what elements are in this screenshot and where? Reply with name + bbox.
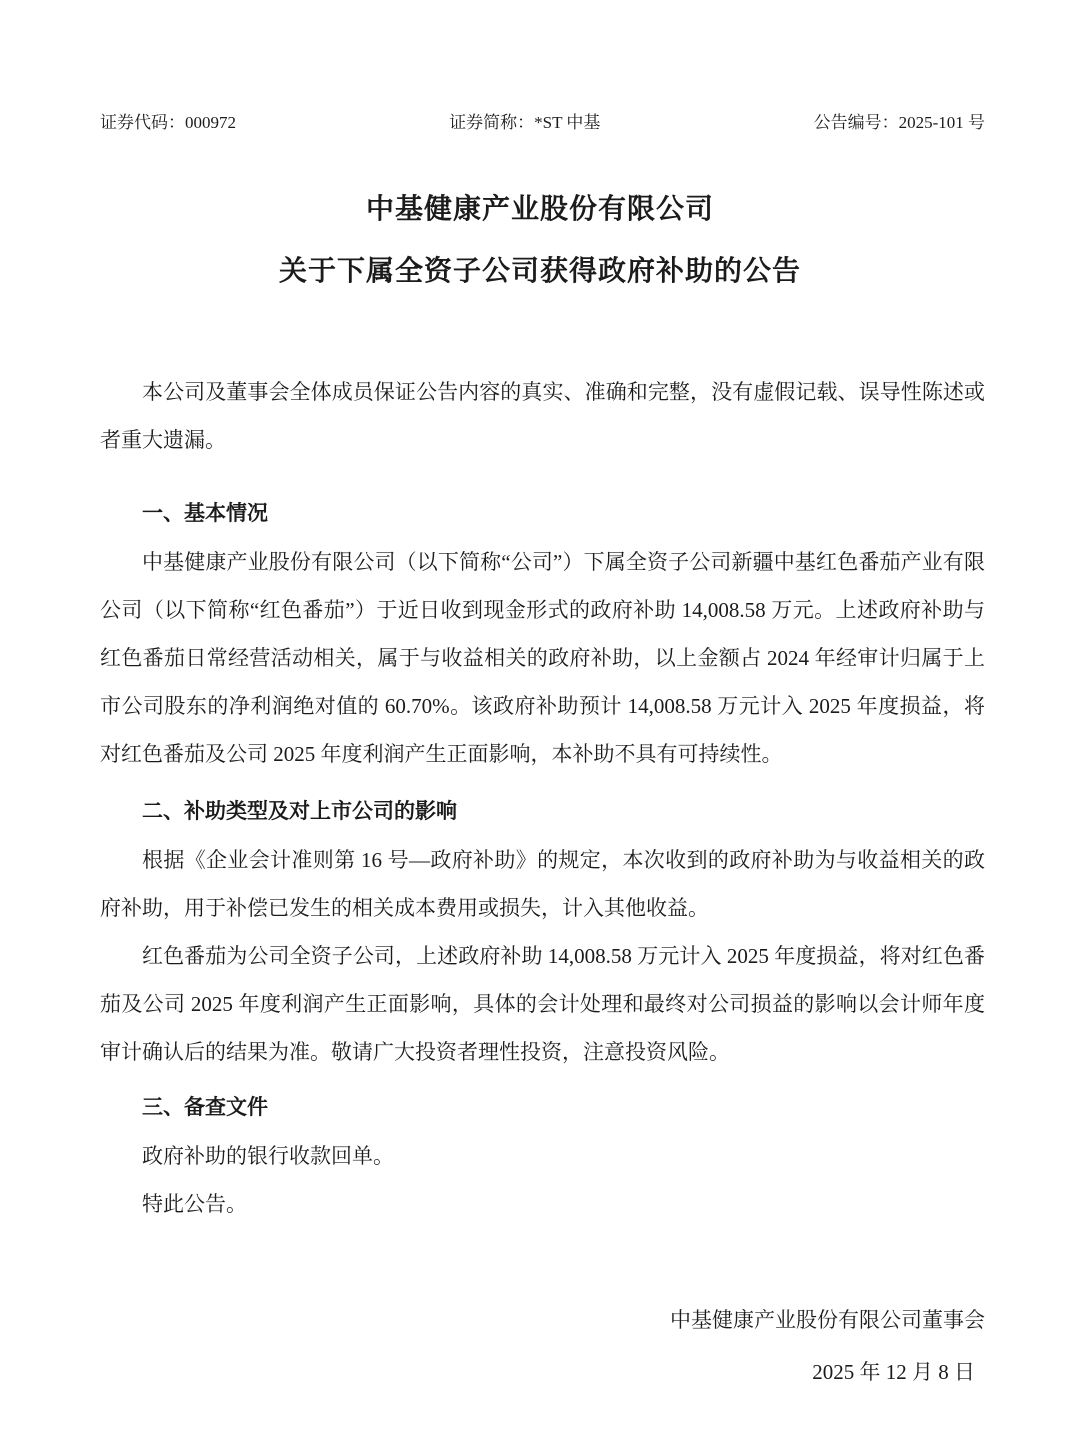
signature-company: 中基健康产业股份有限公司董事会 bbox=[100, 1294, 985, 1346]
document-body: 本公司及董事会全体成员保证公告内容的真实、准确和完整，没有虚假记载、误导性陈述或… bbox=[0, 368, 1080, 1398]
section-2-paragraph-1: 根据《企业会计准则第 16 号—政府补助》的规定，本次收到的政府补助为与收益相关… bbox=[100, 836, 985, 932]
document-header: 证券代码：000972 证券简称：*ST 中基 公告编号：2025-101 号 bbox=[0, 0, 1080, 134]
section-1-paragraph-1: 中基健康产业股份有限公司（以下简称“公司”）下属全资子公司新疆中基红色番茄产业有… bbox=[100, 538, 985, 778]
closing-statement: 特此公告。 bbox=[100, 1180, 985, 1228]
section-3-heading: 三、备查文件 bbox=[100, 1084, 985, 1132]
section-3-paragraph-1: 政府补助的银行收款回单。 bbox=[100, 1132, 985, 1180]
document-title: 中基健康产业股份有限公司 关于下属全资子公司获得政府补助的公告 bbox=[0, 194, 1080, 286]
section-1-heading: 一、基本情况 bbox=[100, 490, 985, 538]
disclaimer-paragraph: 本公司及董事会全体成员保证公告内容的真实、准确和完整，没有虚假记载、误导性陈述或… bbox=[100, 368, 985, 464]
announcement-document: 证券代码：000972 证券简称：*ST 中基 公告编号：2025-101 号 … bbox=[0, 0, 1080, 1450]
section-2-paragraph-2: 红色番茄为公司全资子公司，上述政府补助 14,008.58 万元计入 2025 … bbox=[100, 932, 985, 1076]
title-company-name: 中基健康产业股份有限公司 bbox=[0, 194, 1080, 224]
signature-date: 2025 年 12 月 8 日 bbox=[100, 1346, 985, 1398]
stock-code: 证券代码：000972 bbox=[100, 112, 236, 134]
announcement-number: 公告编号：2025-101 号 bbox=[814, 112, 985, 134]
section-2-heading: 二、补助类型及对上市公司的影响 bbox=[100, 788, 985, 836]
title-subject: 关于下属全资子公司获得政府补助的公告 bbox=[0, 256, 1080, 286]
signature-block: 中基健康产业股份有限公司董事会 2025 年 12 月 8 日 bbox=[100, 1294, 985, 1398]
stock-abbr: 证券简称：*ST 中基 bbox=[449, 112, 600, 134]
